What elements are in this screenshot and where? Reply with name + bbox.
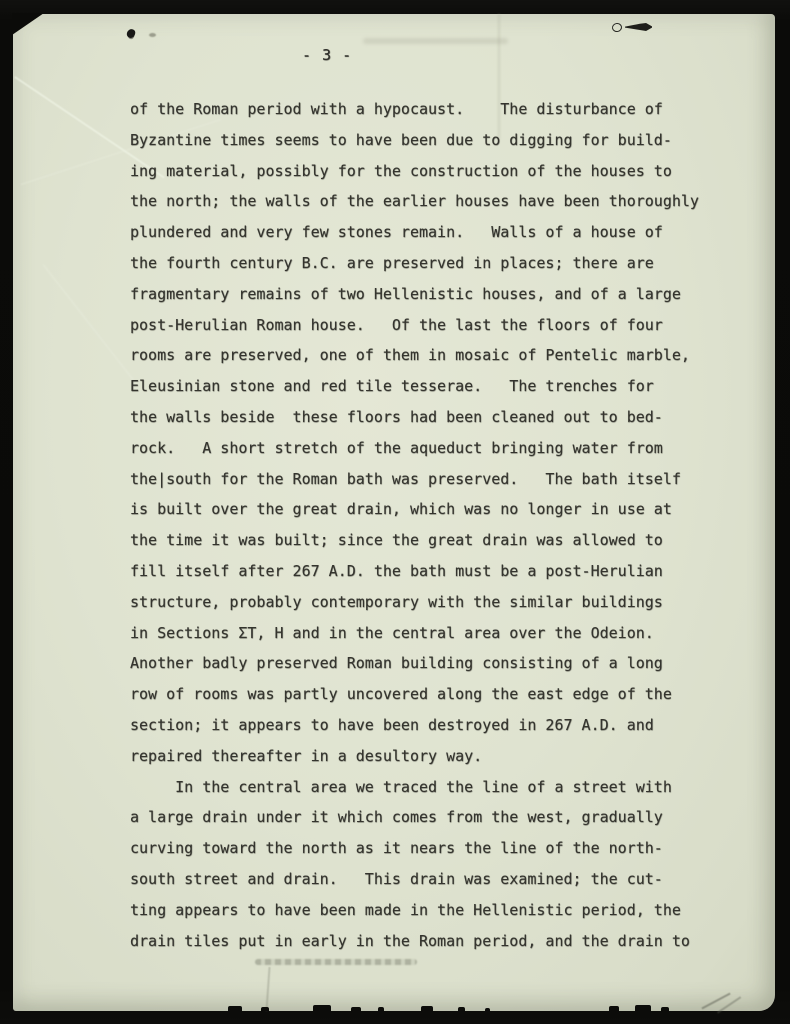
text-line: post-Herulian Roman house. Of the last t…	[130, 310, 750, 341]
text-line: in Sections ΣT, H and in the central are…	[130, 618, 750, 649]
page-number: - 3 -	[302, 46, 352, 64]
paper-edge-nick	[351, 1007, 361, 1011]
text-line: section; it appears to have been destroy…	[130, 710, 750, 741]
text-line: Another badly preserved Roman building c…	[130, 648, 750, 679]
text-line: the walls beside these floors had been c…	[130, 402, 750, 433]
text-line: curving toward the north as it nears the…	[130, 833, 750, 864]
text-line: fragmentary remains of two Hellenistic h…	[130, 279, 750, 310]
scan-streak	[363, 38, 508, 44]
typewritten-text: of the Roman period with a hypocaust. Th…	[130, 94, 750, 956]
scan-background: - 3 - of the Roman period with a hypocau…	[0, 0, 790, 1024]
paper-edge-nick	[421, 1006, 433, 1011]
text-line: the fourth century B.C. are preserved in…	[130, 248, 750, 279]
erasure-smudge	[255, 959, 417, 965]
paper-edge-nick	[261, 1007, 269, 1011]
text-line: Byzantine times seems to have been due t…	[130, 125, 750, 156]
text-line: of the Roman period with a hypocaust. Th…	[130, 94, 750, 125]
paper-page: - 3 - of the Roman period with a hypocau…	[13, 14, 775, 1011]
text-line: Eleusinian stone and red tile tesserae. …	[130, 371, 750, 402]
crease-line	[42, 264, 135, 383]
pen-circle-mark	[611, 22, 622, 33]
text-line: drain tiles put in early in the Roman pe…	[130, 926, 750, 957]
text-line: a large drain under it which comes from …	[130, 802, 750, 833]
text-line: the time it was built; since the great d…	[130, 525, 750, 556]
torn-corner	[12, 13, 44, 35]
paper-edge-nick	[661, 1007, 669, 1011]
text-line: is built over the great drain, which was…	[130, 494, 750, 525]
paper-edge-nick	[609, 1006, 619, 1011]
text-line: row of rooms was partly uncovered along …	[130, 679, 750, 710]
paper-edge-nick	[228, 1006, 242, 1011]
paper-edge-nick	[635, 1005, 651, 1011]
text-line: rooms are preserved, one of them in mosa…	[130, 340, 750, 371]
pen-arrow-mark	[625, 23, 652, 31]
erasure-smudge-tail	[265, 967, 270, 1011]
text-line: In the central area we traced the line o…	[130, 772, 750, 803]
paper-edge-nick	[485, 1008, 490, 1011]
paper-edge-nick	[378, 1007, 384, 1011]
text-line: south street and drain. This drain was e…	[130, 864, 750, 895]
text-line: ing material, possibly for the construct…	[130, 156, 750, 187]
ink-fleck-mark	[149, 33, 156, 37]
paper-edge-nick	[313, 1005, 331, 1011]
ink-blot-mark	[126, 28, 136, 39]
text-line: fill itself after 267 A.D. the bath must…	[130, 556, 750, 587]
text-line: repaired thereafter in a desultory way.	[130, 741, 750, 772]
text-line: plundered and very few stones remain. Wa…	[130, 217, 750, 248]
paper-edge-nick	[458, 1007, 465, 1011]
text-line: the|south for the Roman bath was preserv…	[130, 464, 750, 495]
text-line: the north; the walls of the earlier hous…	[130, 186, 750, 217]
text-line: structure, probably contemporary with th…	[130, 587, 750, 618]
text-line: ting appears to have been made in the He…	[130, 895, 750, 926]
text-line: rock. A short stretch of the aqueduct br…	[130, 433, 750, 464]
